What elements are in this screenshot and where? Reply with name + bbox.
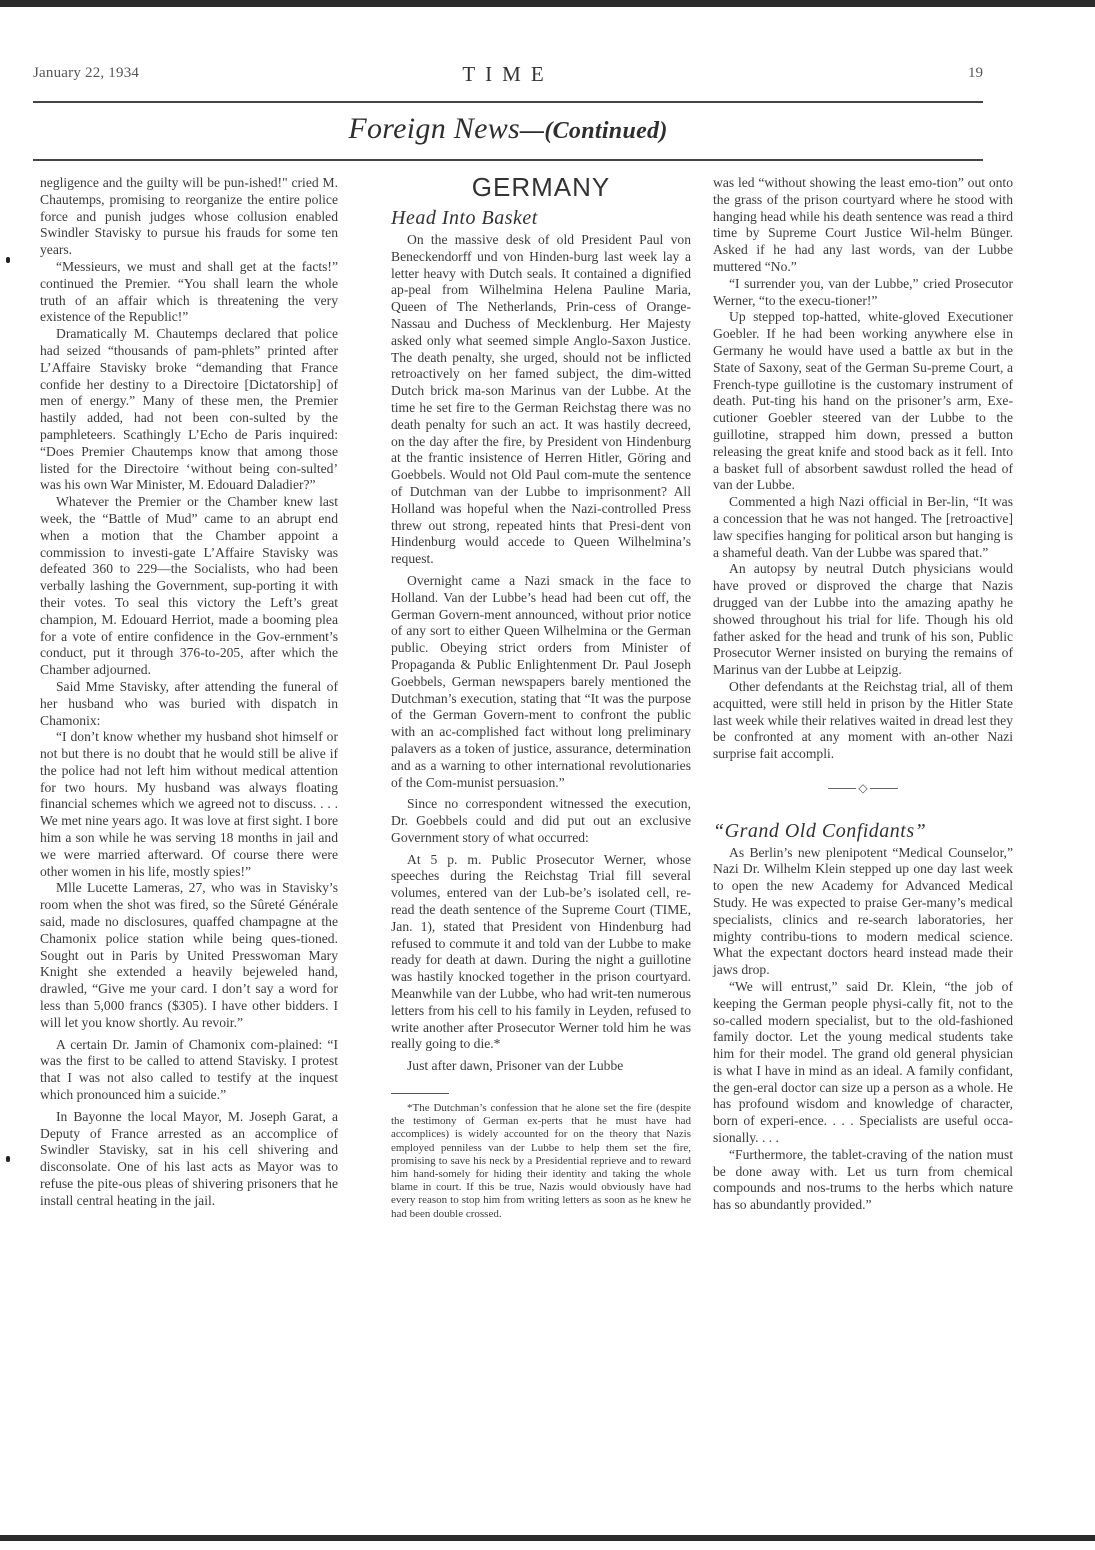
margin-mark (6, 1156, 10, 1162)
section-title: Foreign News—(Continued) (33, 112, 983, 146)
paragraph: Since no correspondent witnessed the exe… (391, 796, 691, 846)
article-headline: Head Into Basket (391, 206, 691, 230)
paragraph: In Bayonne the local Mayor, M. Joseph Ga… (40, 1109, 338, 1210)
country-heading: GERMANY (391, 172, 691, 202)
footnote-rule (391, 1093, 449, 1094)
paragraph: “Messieurs, we must and shall get at the… (40, 259, 338, 326)
paragraph: As Berlin’s new plenipotent “Medical Cou… (713, 845, 1013, 979)
paragraph: A certain Dr. Jamin of Chamonix com-plai… (40, 1037, 338, 1104)
page-top-edge (0, 0, 1095, 7)
header-rule (33, 101, 983, 103)
margin-mark (6, 257, 10, 263)
paragraph: “We will entrust,” said Dr. Klein, “the … (713, 979, 1013, 1147)
page-number: 19 (968, 65, 983, 82)
paragraph: Commented a high Nazi official in Ber-li… (713, 494, 1013, 561)
paragraph: “I don’t know whether my husband shot hi… (40, 729, 338, 880)
paragraph: “Furthermore, the tablet-craving of the … (713, 1147, 1013, 1214)
running-header: January 22, 1934 TIME 19 (33, 65, 983, 89)
paragraph: An autopsy by neutral Dutch physicians w… (713, 561, 1013, 679)
paragraph: Dramatically M. Chautemps declared that … (40, 326, 338, 494)
paragraph: Mlle Lucette Lameras, 27, who was in Sta… (40, 880, 338, 1031)
column-3: was led “without showing the least emo-t… (713, 175, 1013, 1214)
paragraph: On the massive desk of old President Pau… (391, 232, 691, 568)
section-title-suffix: —(Continued) (520, 118, 668, 144)
column-1: negligence and the guilty will be pun-is… (40, 175, 338, 1210)
diamond-ornament-icon: ◇ (858, 780, 867, 797)
article-headline-2: “Grand Old Confidants” (713, 819, 1013, 843)
paragraph: Up stepped top-hatted, white-gloved Exec… (713, 309, 1013, 494)
paragraph: negligence and the guilty will be pun-is… (40, 175, 338, 259)
section-rule (33, 159, 983, 161)
footnote: *The Dutchman’s confession that he alone… (391, 1102, 691, 1221)
column-2: GERMANY Head Into Basket On the massive … (391, 172, 691, 1221)
paragraph: Other defendants at the Reichstag trial,… (713, 679, 1013, 763)
section-divider: ◇ (713, 779, 1013, 797)
section-title-main: Foreign News (348, 112, 520, 145)
paragraph: Whatever the Premier or the Chamber knew… (40, 494, 338, 679)
paragraph: Overnight came a Nazi smack in the face … (391, 573, 691, 791)
paragraph: Just after dawn, Prisoner van der Lubbe (391, 1058, 691, 1075)
footnote-text: *The Dutchman’s confession that he alone… (391, 1102, 691, 1221)
paragraph: Said Mme Stavisky, after attending the f… (40, 679, 338, 729)
paragraph: At 5 p. m. Public Prosecutor Werner, who… (391, 852, 691, 1054)
paragraph: was led “without showing the least emo-t… (713, 175, 1013, 276)
page-bottom-edge (0, 1535, 1095, 1541)
publication-name: TIME (33, 62, 983, 87)
paragraph: “I surrender you, van der Lubbe,” cried … (713, 276, 1013, 310)
